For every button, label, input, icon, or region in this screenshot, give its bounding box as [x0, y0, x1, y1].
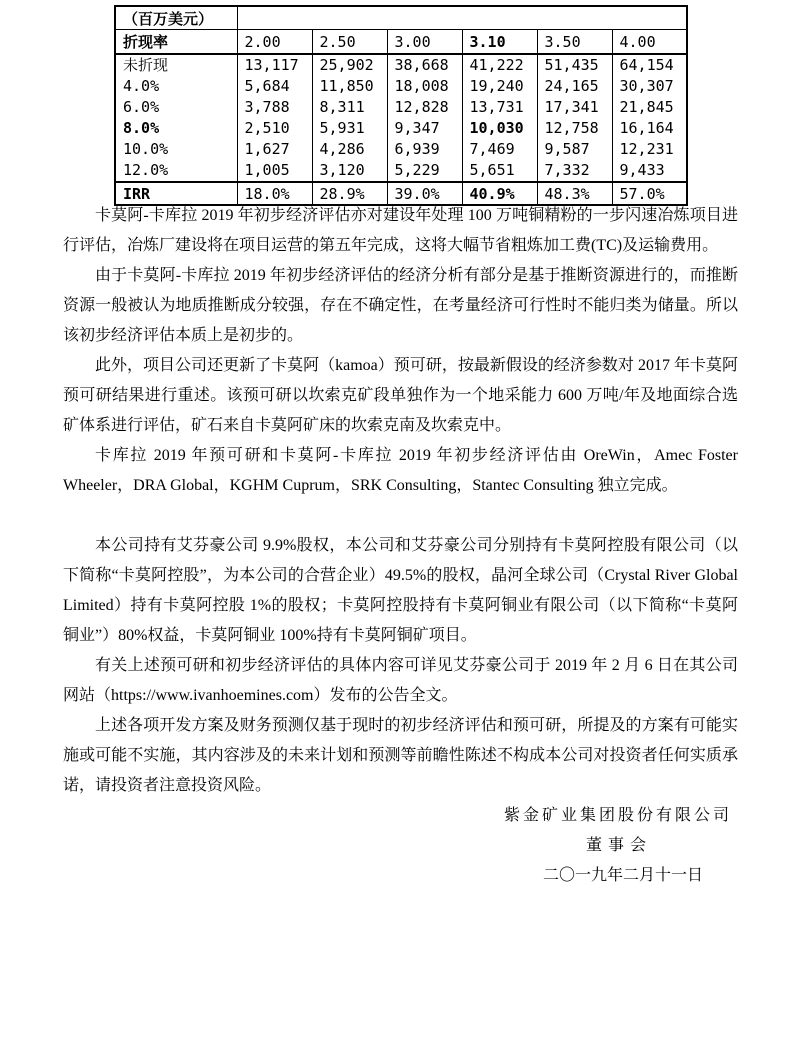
table-cell: 30,307: [612, 76, 687, 97]
table-cell: 5,229: [387, 160, 462, 182]
row-label: 4.0%: [115, 76, 237, 97]
paragraph-inferred-resources: 由于卡莫阿-卡库拉 2019 年初步经济评估的经济分析有部分是基于推断资源进行的…: [63, 261, 738, 351]
row-header: 折现率: [115, 30, 237, 55]
table-row: 折现率 2.00 2.50 3.00 3.10 3.50 4.00: [115, 30, 687, 55]
table-cell: 38,668: [387, 54, 462, 76]
unit-label: （百万美元）: [115, 6, 237, 30]
table-row: 未折现 13,117 25,902 38,668 41,222 51,435 6…: [115, 54, 687, 76]
table-cell: 24,165: [537, 76, 612, 97]
table-cell: 5,684: [237, 76, 312, 97]
signature-company: 紫金矿业集团股份有限公司: [63, 801, 738, 831]
table-cell: 5,651: [462, 160, 537, 182]
table-cell: 8,311: [312, 97, 387, 118]
document-body: 卡莫阿-卡库拉 2019 年初步经济评估亦对建设年处理 100 万吨铜精粉的一步…: [63, 201, 738, 891]
npv-sensitivity-table: （百万美元） 折现率 2.00 2.50 3.00 3.10 3.50 4.00…: [114, 5, 688, 206]
table-cell: 12,231: [612, 139, 687, 160]
table-cell: 1,627: [237, 139, 312, 160]
table-cell: 64,154: [612, 54, 687, 76]
paragraph-risk-disclaimer: 上述各项开发方案及财务预测仅基于现时的初步经济评估和预可研，所提及的方案有可能实…: [63, 711, 738, 801]
table-cell: 12,758: [537, 118, 612, 139]
column-header: 2.50: [312, 30, 387, 55]
table-cell: 17,341: [537, 97, 612, 118]
paragraph-consultants: 卡库拉 2019 年预可研和卡莫阿-卡库拉 2019 年初步经济评估由 OreW…: [63, 441, 738, 501]
table-cell: 13,731: [462, 97, 537, 118]
signature-board: 董 事 会: [63, 831, 738, 861]
table-cell: 3,120: [312, 160, 387, 182]
paragraph-smelter-project: 卡莫阿-卡库拉 2019 年初步经济评估亦对建设年处理 100 万吨铜精粉的一步…: [63, 201, 738, 261]
column-header: 3.50: [537, 30, 612, 55]
table-cell: 21,845: [612, 97, 687, 118]
table-cell: 9,347: [387, 118, 462, 139]
table-row: （百万美元）: [115, 6, 687, 30]
table-cell: 13,117: [237, 54, 312, 76]
table-cell: 25,902: [312, 54, 387, 76]
paragraph-website-reference: 有关上述预可研和初步经济评估的具体内容可详见艾芬豪公司于 2019 年 2 月 …: [63, 651, 738, 711]
table-cell: 9,433: [612, 160, 687, 182]
column-header: 3.10: [462, 30, 537, 55]
table-cell: 5,931: [312, 118, 387, 139]
table-row: 10.0% 1,627 4,286 6,939 7,469 9,587 12,2…: [115, 139, 687, 160]
row-label: 12.0%: [115, 160, 237, 182]
table-cell: 11,850: [312, 76, 387, 97]
table-cell: 18,008: [387, 76, 462, 97]
table-cell: 7,469: [462, 139, 537, 160]
paragraph-equity-structure: 本公司持有艾芬豪公司 9.9%股权，本公司和艾芬豪公司分别持有卡莫阿控股有限公司…: [63, 531, 738, 651]
row-label: 8.0%: [115, 118, 237, 139]
table-row: 8.0% 2,510 5,931 9,347 10,030 12,758 16,…: [115, 118, 687, 139]
table-cell: 4,286: [312, 139, 387, 160]
table-cell: 51,435: [537, 54, 612, 76]
table-cell: 12,828: [387, 97, 462, 118]
table-cell: 9,587: [537, 139, 612, 160]
table-cell: 1,005: [237, 160, 312, 182]
table-row: 12.0% 1,005 3,120 5,229 5,651 7,332 9,43…: [115, 160, 687, 182]
table-cell: 16,164: [612, 118, 687, 139]
paragraph-spacer: [63, 501, 738, 531]
table-cell: 3,788: [237, 97, 312, 118]
table-cell: 10,030: [462, 118, 537, 139]
signature-date: 二〇一九年二月十一日: [63, 861, 738, 891]
table-cell: 19,240: [462, 76, 537, 97]
column-header: 2.00: [237, 30, 312, 55]
table-cell-empty: [237, 6, 687, 30]
row-label: 6.0%: [115, 97, 237, 118]
table-cell: 41,222: [462, 54, 537, 76]
row-label: 未折现: [115, 54, 237, 76]
table-row: 6.0% 3,788 8,311 12,828 13,731 17,341 21…: [115, 97, 687, 118]
column-header: 4.00: [612, 30, 687, 55]
paragraph-kamoa-pfs-update: 此外，项目公司还更新了卡莫阿（kamoa）预可研，按最新假设的经济参数对 201…: [63, 351, 738, 441]
table-cell: 7,332: [537, 160, 612, 182]
column-header: 3.00: [387, 30, 462, 55]
row-label: 10.0%: [115, 139, 237, 160]
table-row: 4.0% 5,684 11,850 18,008 19,240 24,165 3…: [115, 76, 687, 97]
table-cell: 2,510: [237, 118, 312, 139]
table-cell: 6,939: [387, 139, 462, 160]
